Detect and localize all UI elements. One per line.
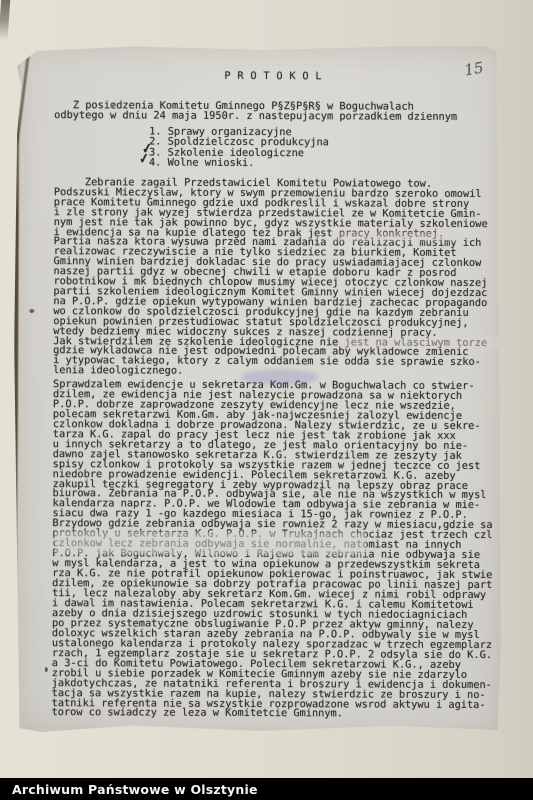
document-page: 15 P R O T O K O L Z posiedzenia Komitet… xyxy=(11,44,503,736)
paper-left-edge-shadow xyxy=(12,50,20,726)
page-number-handwritten: 15 xyxy=(463,58,485,79)
scan-background: 15 P R O T O K O L Z posiedzenia Komitet… xyxy=(0,0,533,800)
paragraph-body-2: Sprawdzalem ewidencje u sekretarza Kom.G… xyxy=(52,380,494,720)
ink-speck xyxy=(29,309,34,313)
ink-speck xyxy=(110,104,114,107)
protocol-title: P R O T O K O L xyxy=(224,71,322,82)
paragraph-body-1: Zebranie zagail Przedstawiciel Komitetu … xyxy=(53,178,488,378)
archive-footer-bar: Archiwum Państwowe w Olsztynie xyxy=(0,778,533,800)
check-mark-4-icon: ✓ xyxy=(138,150,150,167)
protocol-subtitle: Z posiedzenia Komitetu Gminnego P§Z§P§R§… xyxy=(54,100,457,123)
ink-stamp-smudge xyxy=(241,369,319,385)
archive-name-label: Archiwum Państwowe w Olsztynie xyxy=(0,782,258,797)
agenda-list: 1. Sprawy organizacyjne 2. Spoldzielczos… xyxy=(149,127,329,169)
scanner-edge-sliver xyxy=(0,0,11,40)
ink-speck xyxy=(45,667,48,672)
